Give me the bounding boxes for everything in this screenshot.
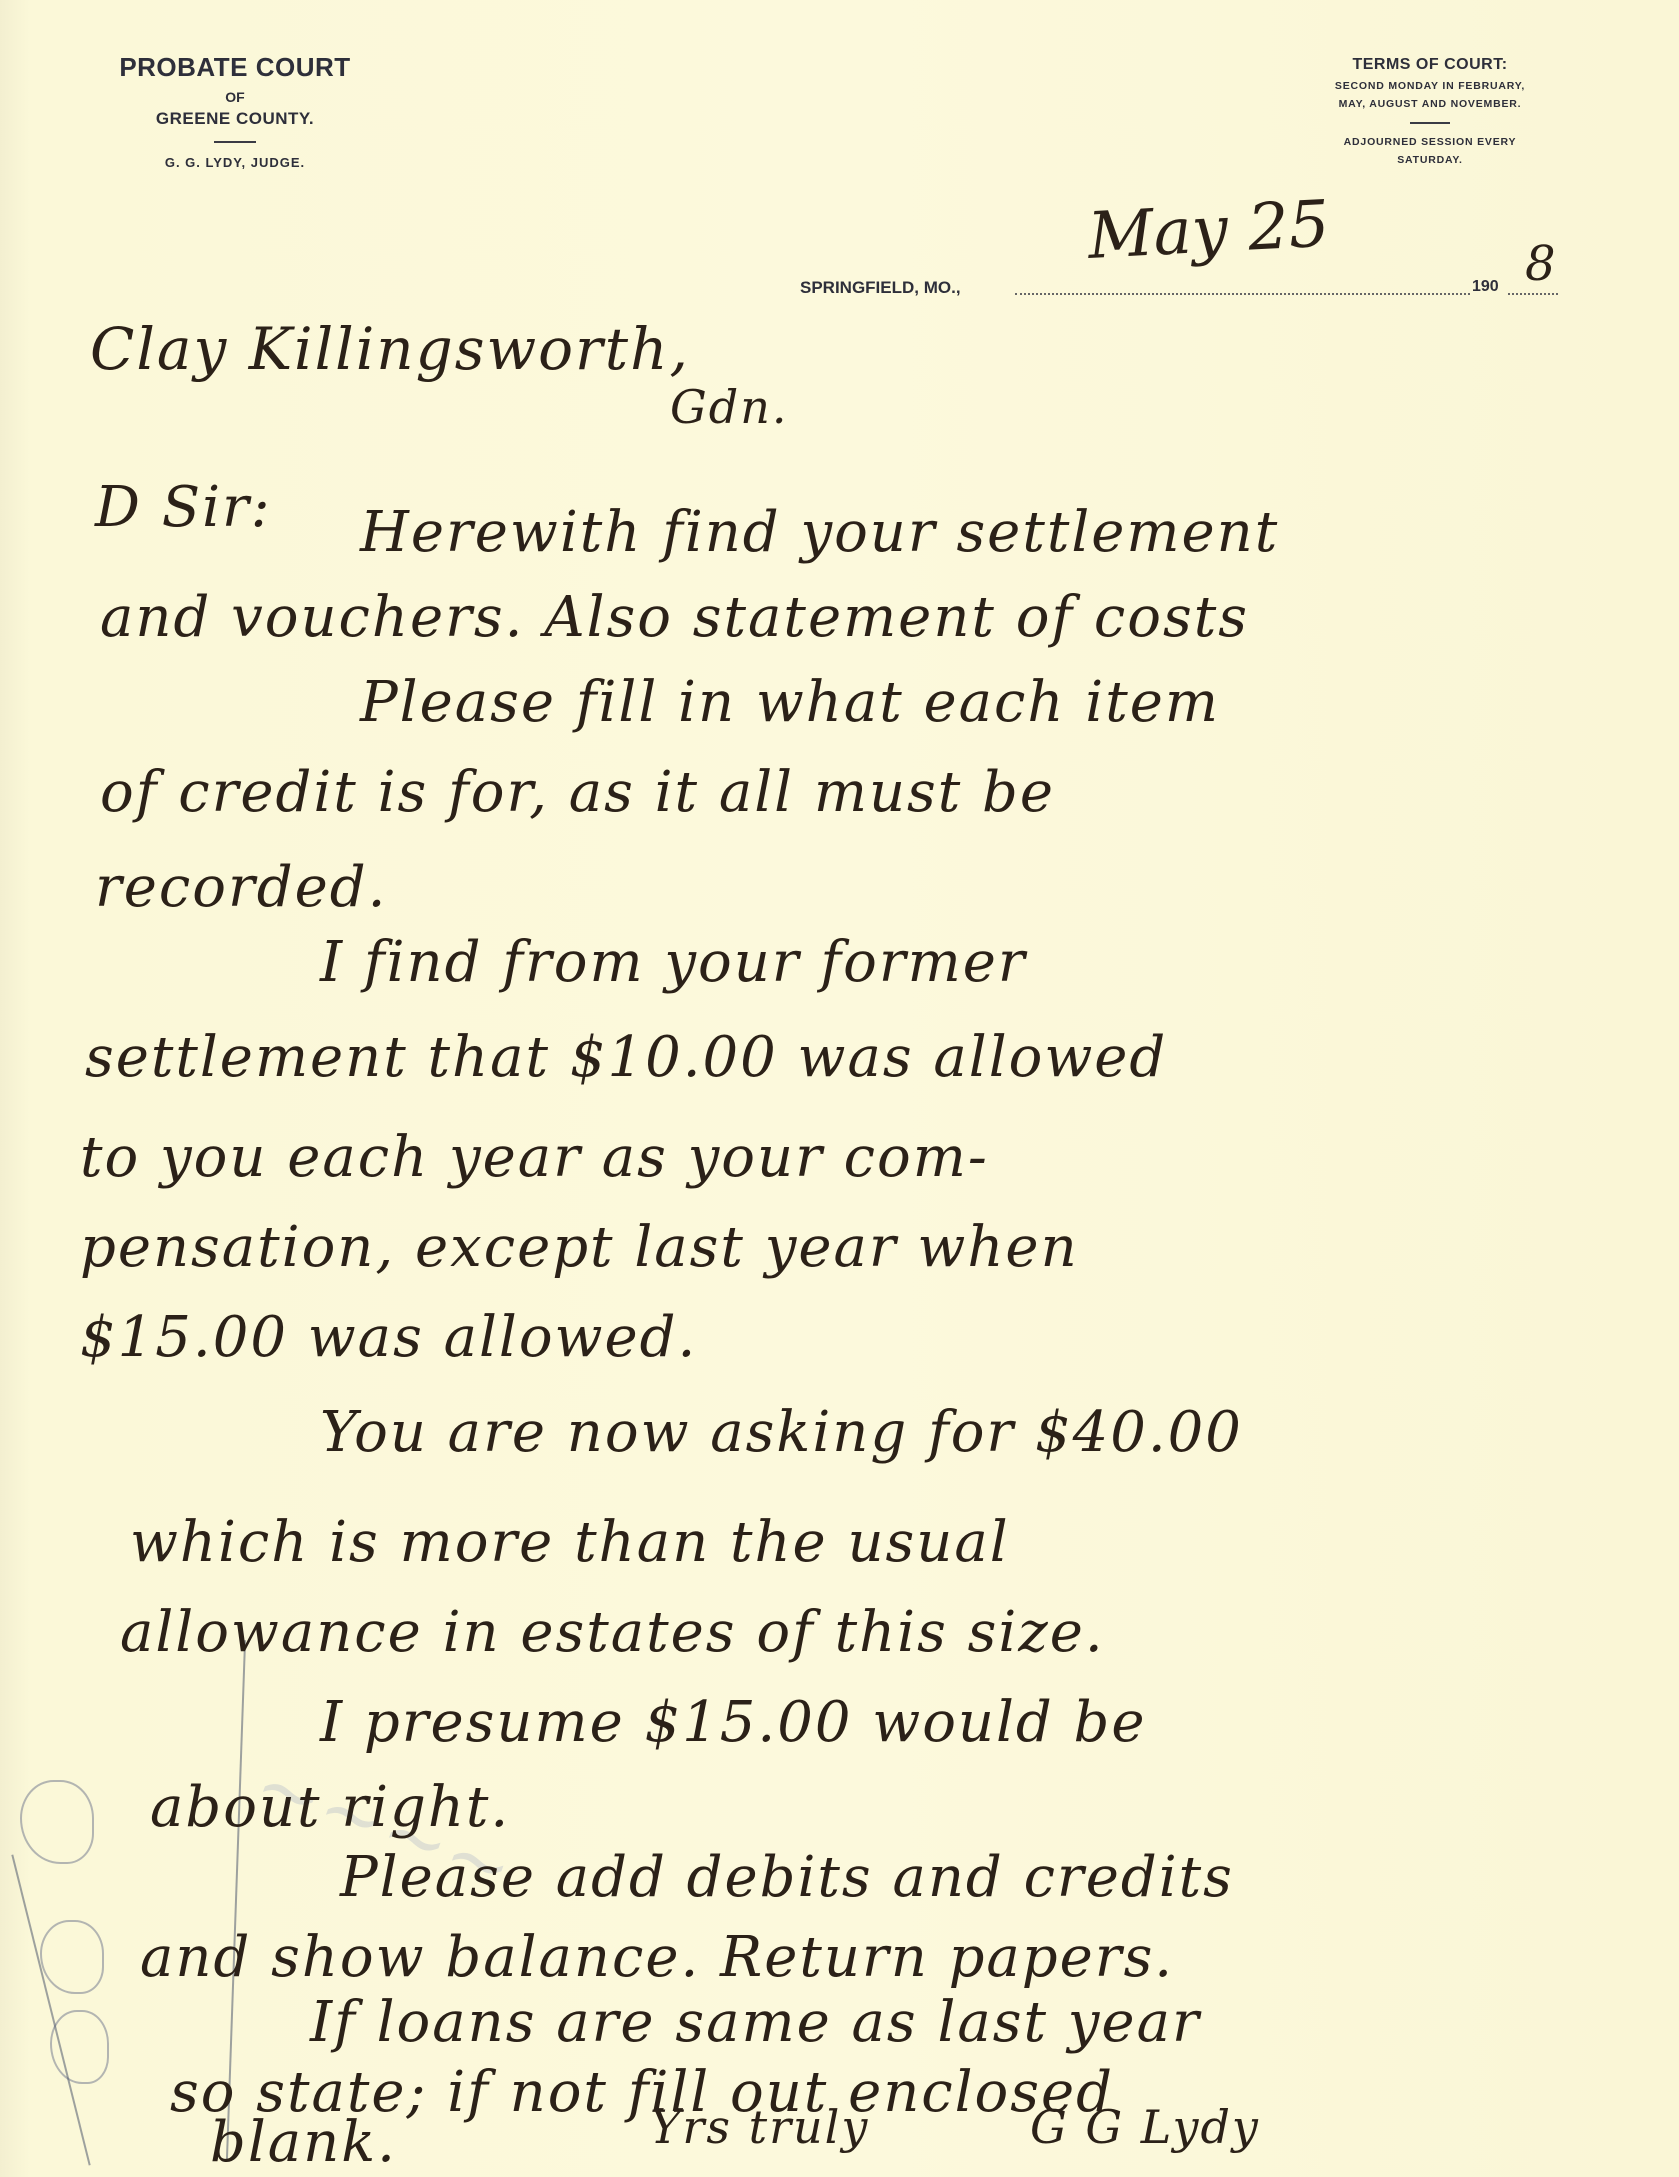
terms-line-3: ADJOURNED SESSION EVERY [1240,136,1620,148]
court-of: OF [70,89,400,105]
letter-line: If loans are same as last year [310,1990,1201,2055]
letter-line: $15.00 was allowed. [80,1305,697,1370]
letter-line: pensation, except last year when [80,1215,1079,1280]
handwritten-date: May 25 [1086,187,1331,274]
pencil-loop-1 [20,1780,94,1864]
letter-line: recorded. [95,855,387,920]
letter-line: settlement that $10.00 was allowed [85,1025,1167,1090]
letter-line: Please fill in what each item [360,670,1220,735]
letter-line: Please add debits and credits [340,1845,1234,1910]
terms-title: TERMS OF COURT: [1240,56,1620,74]
date-dotted-line [1015,293,1470,295]
letter-line: which is more than the usual [130,1510,1010,1575]
salutation: D Sir: [95,475,272,540]
addressee: Clay Killingsworth, [90,315,690,383]
pencil-loop-2 [40,1920,104,1994]
letter-line: to you each year as your com- [80,1125,989,1190]
divider [1410,122,1450,124]
year-prefix: 190 [1472,278,1499,296]
letter-line: You are now asking for $40.00 [320,1400,1243,1465]
court-name: PROBATE COURT [70,52,400,83]
terms-line-1: SECOND MONDAY IN FEBRUARY, [1240,80,1620,92]
letter-line: of credit is for, as it all must be [100,760,1055,825]
letter-line: Herewith find your settlement [360,500,1279,565]
divider [214,141,256,143]
letter-line: I presume $15.00 would be [320,1690,1147,1755]
court-county: GREENE COUNTY. [70,109,400,129]
terms-line-4: SATURDAY. [1240,154,1620,166]
letter-line: blank. [210,2110,397,2175]
letterhead-right: TERMS OF COURT: SECOND MONDAY IN FEBRUAR… [1240,56,1620,166]
signature: G G Lydy [1030,2100,1260,2154]
terms-line-2: MAY, AUGUST AND NOVEMBER. [1240,98,1620,110]
addressee-title: Gdn. [670,380,788,434]
letter-page: ~~~~ PROBATE COURT OF GREENE COUNTY. G. … [0,0,1679,2177]
judge-name: G. G. LYDY, JUDGE. [70,155,400,170]
handwritten-year-digit: 8 [1525,236,1556,292]
letterhead-left: PROBATE COURT OF GREENE COUNTY. G. G. LY… [70,52,400,170]
letter-line: and vouchers. Also statement of costs [100,585,1249,650]
closing: Yrs truly [650,2100,869,2154]
year-dotted-line [1508,293,1558,295]
letter-line: and show balance. Return papers. [140,1925,1174,1990]
letter-line: about right. [150,1775,510,1840]
place-label: SPRINGFIELD, MO., [800,278,961,298]
place-date-line: SPRINGFIELD, MO., 190 [800,276,1560,300]
letter-line: allowance in estates of this size. [120,1600,1105,1665]
letter-line: I find from your former [320,930,1027,995]
